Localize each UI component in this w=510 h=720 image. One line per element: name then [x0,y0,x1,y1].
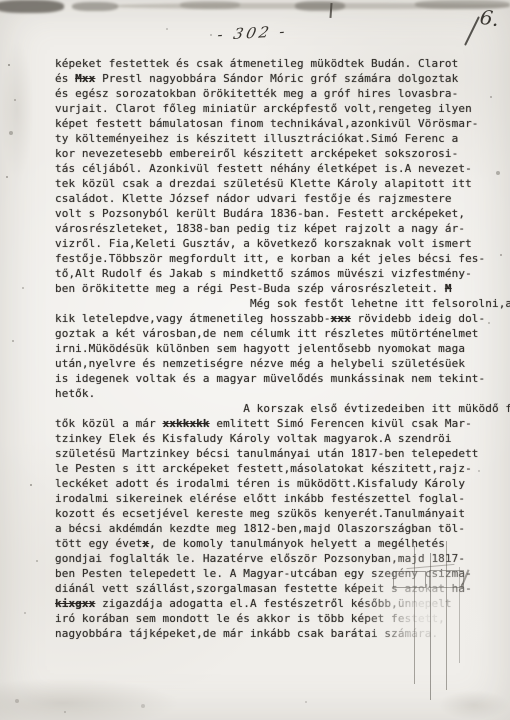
text-line: és egész sorozatokban örökitették meg a … [55,86,485,101]
text-line: kor nevezetesebb embereiről készitett ar… [55,146,485,161]
text-line: ty költeményeihez is készitett illusztrá… [55,131,485,146]
text-line: hetők. [55,386,485,401]
text-line: tzinkey Elek és Kisfaludy Károly voltak … [55,431,485,446]
pencil-box-mark [393,571,426,588]
text-line: vizről. Fia,Keleti Gusztáv, a következő … [55,236,485,251]
scanned-document-page: - 302 - 6. képeket festettek és csak átm… [0,0,510,720]
text-line: festője.Többször megfordult itt, e korba… [55,251,485,266]
text-line: irni.Müködésük különben sem hagyott jele… [55,341,485,356]
text-line: tő,Alt Rudolf és Jakab s mindkettő számo… [55,266,485,281]
text-line: le Pesten s itt arcképeket festett,másol… [55,461,485,476]
text-line: tás céljából. Azonkivül festett néhány é… [55,161,485,176]
scan-noise-patch [438,690,510,720]
fold-line [459,567,460,663]
text-line: leckéket adott és irodalmi téren is mükö… [55,476,485,491]
text-line: és Mxx Prestl nagyobbára Sándor Móric gr… [55,71,485,86]
scan-noise-patch [0,40,34,180]
page-number: - 302 - [216,22,290,44]
faded-ink-area [390,595,490,670]
overstruck-text: M [445,282,452,295]
corner-slash-stroke [464,16,480,46]
text-line: tők közül a már xxkkxkk emlitett Simó Fe… [55,416,485,431]
scan-smudge-top [0,0,510,15]
text-line: is idegenek voltak és a magyar müvelődés… [55,371,485,386]
smudge-blob [72,2,118,11]
text-line: városrészleteket, 1838-ban pedig tiz kép… [55,221,485,236]
text-line: születésü Martzinkey bécsi tanulmányai u… [55,446,485,461]
text-line: volt s Pozsonyból került Budára 1836-ban… [55,206,485,221]
overstruck-text: xxx [331,312,351,325]
fold-line [430,553,431,700]
overstruck-text: kixgxx [55,597,95,610]
fold-line [446,541,447,690]
text-line: családot. Klette József nádor udvari fes… [55,191,485,206]
corner-mark: 6. [478,5,500,31]
fold-line [414,546,415,684]
text-line: képet festett bámulatosan finom techniká… [55,116,485,131]
text-line: vurjait. Clarot főleg miniatür arcképfes… [55,101,485,116]
text-line: irodalmi sikereinek elérése előtt inkább… [55,491,485,506]
smudge-blob [0,0,64,13]
smudge-blob [295,1,345,11]
smudge-blob [180,1,240,9]
text-line: A korszak első évtizedeiben itt müködő f… [55,401,485,416]
text-line: kik letelepdve,vagy átmenetileg hosszabb… [55,311,485,326]
text-line: képeket festettek és csak átmenetileg mü… [55,56,485,71]
text-line: kozott és ecsetjével kereste meg szükös … [55,506,485,521]
text-line: ben örökitette meg a régi Pest-Buda szép… [55,281,485,296]
scan-noise-patch [0,678,180,720]
text-line: Még sok festőt lehetne itt felsorolni,a- [55,296,485,311]
overstruck-text: xxkkxkk [163,417,210,430]
text-line: goztak a két városban,de nem célumk itt … [55,326,485,341]
scan-specks [0,0,2,2]
text-line: a bécsi akdémdán kezdte meg 1812-ben,maj… [55,521,485,536]
text-line: után,nyelvre és nemzetiségre nézve még a… [55,356,485,371]
overstruck-text: Mxx [75,72,95,85]
text-line: tek közül csak a drezdai születésü Klett… [55,176,485,191]
